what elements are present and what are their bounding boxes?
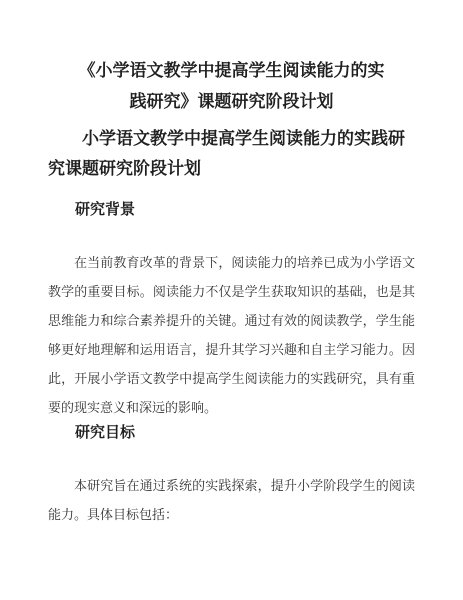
paragraph-research-goals: 本研究旨在通过系统的实践探索，提升小学阶段学生的阅读能力。具体目标包括： (48, 471, 415, 529)
document-title: 《小学语文教学中提高学生阅读能力的实践研究》课题研究阶段计划 (71, 55, 393, 117)
document-page: 《小学语文教学中提高学生阅读能力的实践研究》课题研究阶段计划 小学语文教学中提高… (0, 0, 463, 600)
document-subtitle: 小学语文教学中提高学生阅读能力的实践研究课题研究阶段计划 (48, 124, 415, 184)
paragraph-research-background: 在当前教育改革的背景下，阅读能力的培养已成为小学语文教学的重要目标。阅读能力不仅… (48, 248, 415, 422)
section-heading-research-goals: 研究目标 (75, 423, 415, 443)
section-heading-research-background: 研究背景 (75, 200, 415, 220)
